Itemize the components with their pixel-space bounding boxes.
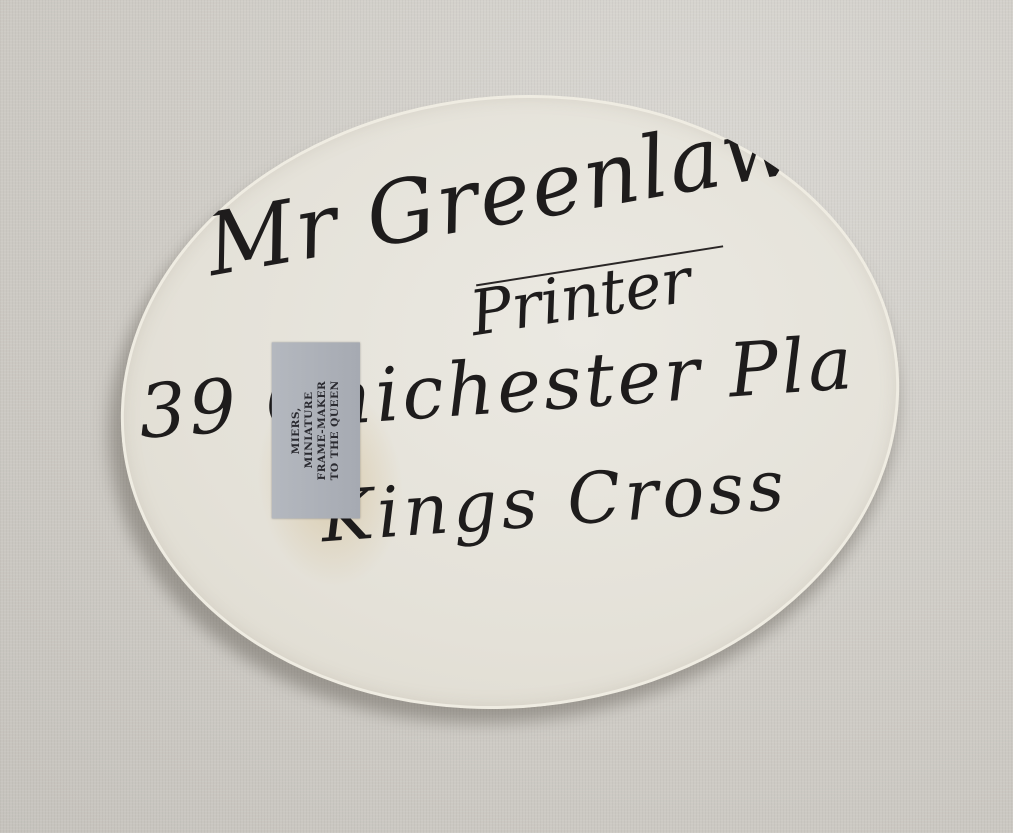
handwritten-locality: Kings Cross <box>318 444 790 558</box>
label-line: TO THE QUEEN <box>329 380 342 480</box>
maker-label-text: MIERS, MINIATURE FRAME-MAKER TO THE QUEE… <box>290 380 342 480</box>
oval-card: Mr Greenlaw Printer 39 Chichester Pla Ki… <box>90 57 930 747</box>
label-line: MIERS, <box>290 380 303 480</box>
label-line: MINIATURE <box>303 380 316 480</box>
label-line: FRAME-MAKER <box>316 380 329 480</box>
maker-label: MIERS, MINIATURE FRAME-MAKER TO THE QUEE… <box>272 342 360 518</box>
handwritten-name: Mr Greenlaw <box>198 94 804 296</box>
